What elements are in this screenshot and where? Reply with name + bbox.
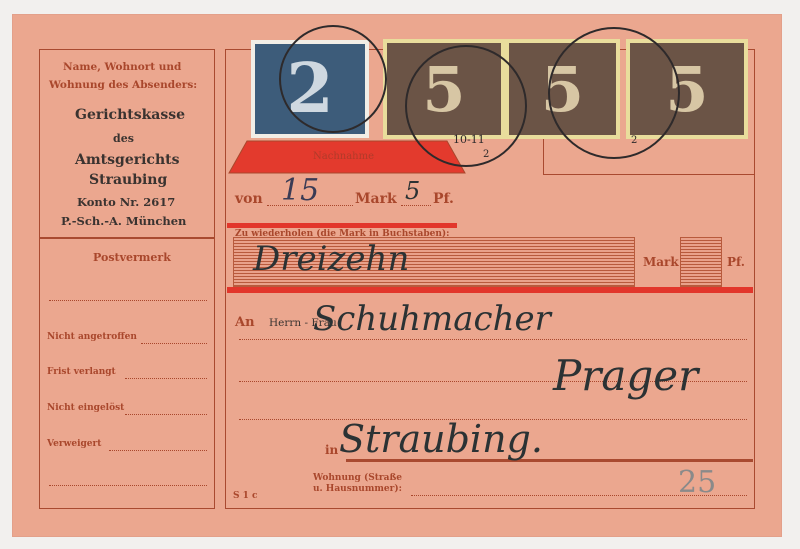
postmark-cancel bbox=[405, 45, 527, 167]
postvermerk-title: Postvermerk bbox=[93, 251, 171, 264]
handwritten-mark-amount[interactable]: 15 bbox=[281, 173, 319, 208]
sender-name-1: Gerichtskasse bbox=[75, 107, 185, 123]
postmark-cancel bbox=[279, 25, 387, 133]
dotted-line bbox=[141, 343, 207, 344]
pencil-note: 25 bbox=[678, 465, 716, 500]
an-label: An bbox=[235, 315, 255, 330]
pf-label: Pf. bbox=[433, 191, 454, 207]
handwritten-amount-words[interactable]: Dreizehn bbox=[253, 239, 409, 279]
dotted-line bbox=[125, 378, 207, 379]
red-rule bbox=[227, 223, 457, 228]
postvermerk-item: Frist verlangt bbox=[47, 367, 116, 377]
sender-name-2: des bbox=[113, 132, 134, 145]
pf-words-field[interactable] bbox=[680, 237, 722, 287]
nachnahme-label: Nachnahme bbox=[313, 151, 374, 162]
pf-label: Pf. bbox=[727, 255, 745, 269]
postvermerk-item: Nicht angetroffen bbox=[47, 332, 137, 342]
postmark-date: 10-11 bbox=[453, 133, 485, 146]
postmark-cancel bbox=[548, 27, 680, 159]
von-label: von bbox=[235, 191, 263, 207]
handwritten-pf-amount[interactable]: 5 bbox=[405, 177, 420, 205]
sender-heading-2: Wohnung des Absenders: bbox=[49, 79, 197, 91]
sender-postal-office: P.-Sch.-A. München bbox=[61, 214, 186, 228]
dotted-line bbox=[49, 485, 207, 486]
postal-card: Name, Wohnort und Wohnung des Absenders:… bbox=[13, 15, 781, 536]
form-code: S 1 c bbox=[233, 491, 258, 501]
dotted-line bbox=[125, 414, 207, 415]
postvermerk-line bbox=[49, 300, 207, 301]
in-label: in bbox=[325, 443, 338, 457]
address-line bbox=[239, 339, 747, 340]
postmark-office: 2 bbox=[631, 135, 637, 146]
handwritten-recipient-line-2[interactable]: Prager bbox=[553, 351, 698, 400]
handwritten-recipient-line-1[interactable]: Schuhmacher bbox=[313, 299, 551, 339]
sender-heading-1: Name, Wohnort und bbox=[63, 61, 181, 73]
sender-name-4: Straubing bbox=[89, 172, 167, 188]
dotted-line bbox=[401, 205, 431, 206]
postmark-office: 2 bbox=[483, 149, 489, 160]
sender-name-3: Amtsgerichts bbox=[75, 152, 179, 168]
red-rule bbox=[227, 287, 753, 293]
handwritten-city[interactable]: Straubing. bbox=[339, 417, 543, 461]
dotted-line bbox=[109, 450, 207, 451]
postvermerk-item: Verweigert bbox=[47, 439, 101, 449]
mark-label: Mark bbox=[643, 255, 679, 269]
address-label-2: u. Hausnummer): bbox=[313, 484, 402, 494]
postvermerk-item: Nicht eingelöst bbox=[47, 403, 124, 413]
sender-account: Konto Nr. 2617 bbox=[77, 195, 175, 209]
mark-label: Mark bbox=[355, 191, 397, 207]
address-label-1: Wohnung (Straße bbox=[313, 473, 402, 483]
